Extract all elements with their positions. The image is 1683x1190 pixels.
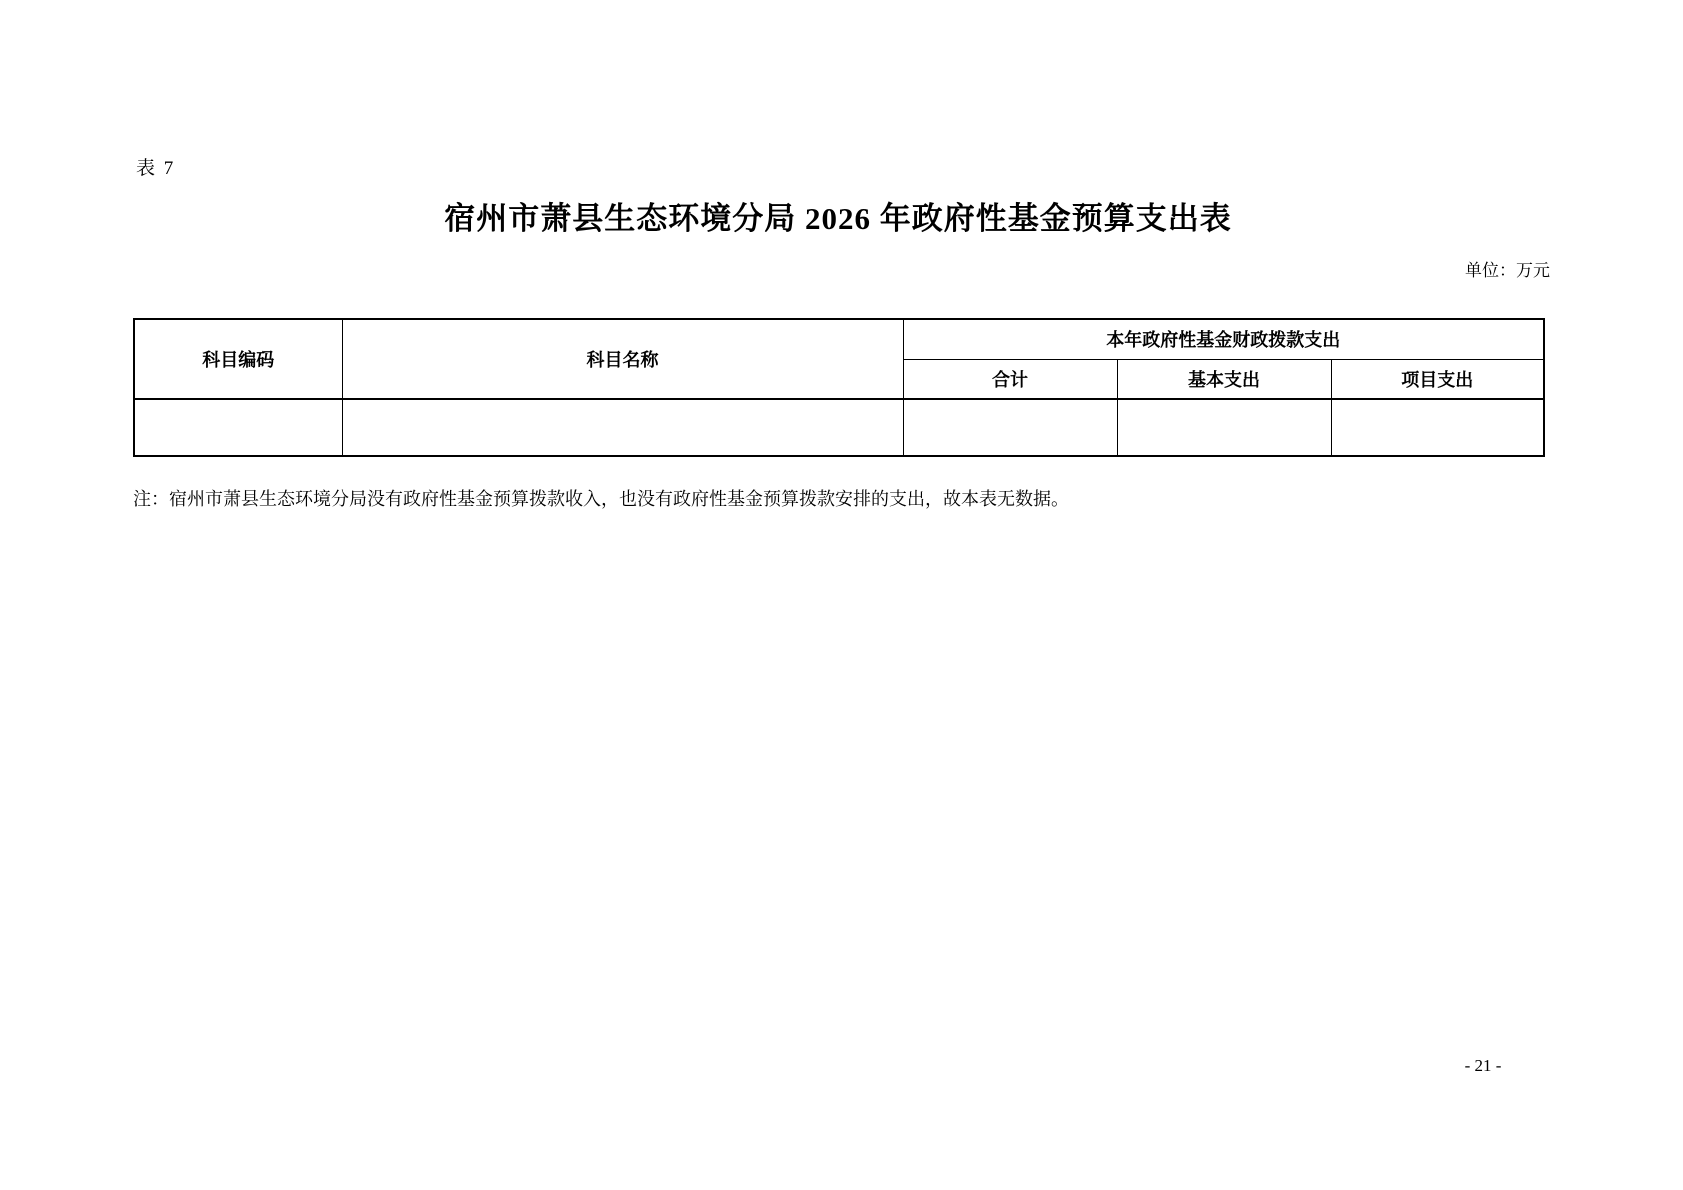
document-page: 表 7 宿州市萧县生态环境分局 2026 年政府性基金预算支出表 单位：万元 科… — [0, 0, 1683, 1190]
col-header-subject-name: 科目名称 — [342, 319, 903, 399]
cell-total — [903, 399, 1117, 456]
unit-label: 单位：万元 — [1465, 256, 1550, 281]
document-title: 宿州市萧县生态环境分局 2026 年政府性基金预算支出表 — [133, 193, 1543, 238]
cell-project-expenditure — [1331, 399, 1544, 456]
cell-basic-expenditure — [1117, 399, 1331, 456]
cell-subject-name — [342, 399, 903, 456]
budget-table: 科目编码 科目名称 本年政府性基金财政拨款支出 合计 基本支出 项目支出 — [133, 318, 1545, 457]
cell-subject-code — [134, 399, 342, 456]
table-row — [134, 399, 1544, 456]
table-number-label: 表 7 — [136, 153, 175, 180]
col-header-project-expenditure: 项目支出 — [1331, 359, 1544, 399]
group-header-fund-appropriation-expenditure: 本年政府性基金财政拨款支出 — [903, 319, 1544, 359]
col-header-basic-expenditure: 基本支出 — [1117, 359, 1331, 399]
table-header-row-top: 科目编码 科目名称 本年政府性基金财政拨款支出 — [134, 319, 1544, 359]
table-footnote: 注：宿州市萧县生态环境分局没有政府性基金预算拨款收入，也没有政府性基金预算拨款安… — [133, 486, 1473, 512]
col-header-total: 合计 — [903, 359, 1117, 399]
col-header-subject-code: 科目编码 — [134, 319, 342, 399]
page-number: - 21 - — [1445, 1056, 1521, 1076]
